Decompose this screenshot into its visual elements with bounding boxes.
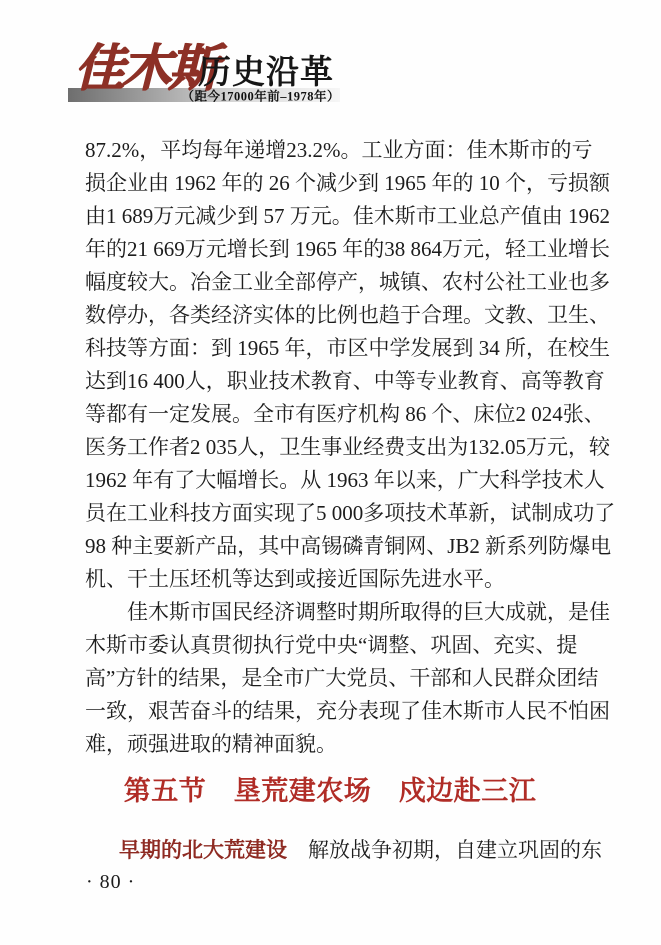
text-line: 难，顽强进取的精神面貌。 xyxy=(85,728,575,761)
text-line: 等都有一定发展。全市有医疗机构 86 个、床位2 024张、 xyxy=(85,398,575,431)
text-line: 1962 年有了大幅增长。从 1963 年以来，广大科学技术人 xyxy=(85,464,575,497)
text-line: 早期的北大荒建设 解放战争初期，自建立巩固的东 xyxy=(85,834,575,867)
book-title-calligraphy: 佳木斯 xyxy=(74,40,215,98)
section-heading: 第五节 垦荒建农场 戍边赴三江 xyxy=(85,774,575,808)
text-line: 一致，艰苦奋斗的结果，充分表现了佳木斯市人民不怕困 xyxy=(85,695,575,728)
book-title-suffix: 历史沿革 xyxy=(198,55,334,88)
text-line: 机、干土压坯机等达到或接近国际先进水平。 xyxy=(85,563,575,596)
text-line: 科技等方面：到 1965 年，市区中学发展到 34 所，在校生 xyxy=(85,332,575,365)
text-line: 损企业由 1962 年的 26 个减少到 1965 年的 10 个，亏损额 xyxy=(85,167,575,200)
paragraph-leadin: 早期的北大荒建设 xyxy=(119,838,287,862)
text-line: 木斯市委认真贯彻执行党中央“调整、巩固、充实、提 xyxy=(85,629,575,662)
text-line: 员在工业科技方面实现了5 000多项技术革新，试制成功了 xyxy=(85,497,575,530)
book-page: 佳木斯 历史沿革 （距今17000年前–1978年） 87.2%，平均每年递增2… xyxy=(0,0,661,945)
text-line: 98 种主要新产品，其中高锡磷青铜网、JB2 新系列防爆电 xyxy=(85,530,575,563)
text-line: 由1 689万元减少到 57 万元。佳木斯市工业总产值由 1962 xyxy=(85,200,575,233)
text-line: 数停办，各类经济实体的比例也趋于合理。文教、卫生、 xyxy=(85,299,575,332)
page-number: · 80 · xyxy=(86,870,135,894)
text-line: 佳木斯市国民经济调整时期所取得的巨大成就，是佳 xyxy=(85,596,575,629)
text-line: 年的21 669万元增长到 1965 年的38 864万元，轻工业增长 xyxy=(85,233,575,266)
paragraph-leadin-rest: 解放战争初期，自建立巩固的东 xyxy=(287,838,602,862)
text-line: 高”方针的结果，是全市广大党员、干部和人民群众团结 xyxy=(85,662,575,695)
text-line: 医务工作者2 035人，卫生事业经费支出为132.05万元，较 xyxy=(85,431,575,464)
text-line: 达到16 400人，职业技术教育、中等专业教育、高等教育 xyxy=(85,365,575,398)
text-line: 幅度较大。冶金工业全部停产，城镇、农村公社工业也多 xyxy=(85,266,575,299)
body-text: 87.2%，平均每年递增23.2%。工业方面：佳木斯市的亏 损企业由 1962 … xyxy=(85,134,575,867)
text-line: 87.2%，平均每年递增23.2%。工业方面：佳木斯市的亏 xyxy=(85,134,575,167)
